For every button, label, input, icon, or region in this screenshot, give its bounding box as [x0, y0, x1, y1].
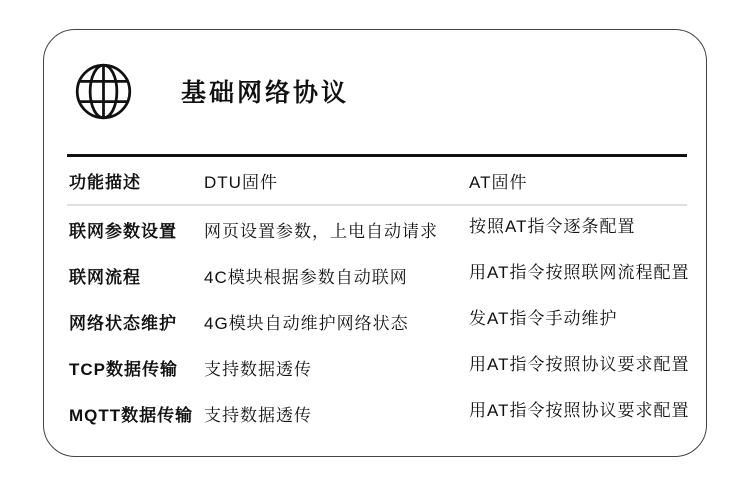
card-header: 基础网络协议 [74, 61, 349, 121]
table-row: 联网参数设置 网页设置参数，上电自动请求 按照AT指令逐条配置 [67, 206, 687, 252]
table-row: TCP数据传输 支持数据透传 用AT指令按照协议要求配置 [67, 344, 687, 390]
page-background: 基础网络协议 功能描述 DTU固件 AT固件 联网参数设置 网页设置参数，上电自… [0, 0, 750, 490]
at-cell: 用AT指令按照联网流程配置 [469, 258, 689, 283]
feature-cell: MQTT数据传输 [67, 401, 204, 426]
table-row: 网络状态维护 4G模块自动维护网络状态 发AT指令手动维护 [67, 298, 687, 344]
feature-cell: TCP数据传输 [67, 355, 204, 380]
dtu-cell: 支持数据透传 [204, 401, 469, 426]
feature-cell: 联网参数设置 [67, 217, 204, 242]
at-cell: 用AT指令按照协议要求配置 [469, 396, 689, 421]
dtu-cell: 网页设置参数，上电自动请求 [204, 217, 469, 242]
column-header-at: AT固件 [469, 168, 687, 193]
at-cell: 用AT指令按照协议要求配置 [469, 350, 689, 375]
globe-icon [74, 62, 133, 121]
table-row: MQTT数据传输 支持数据透传 用AT指令按照协议要求配置 [67, 390, 687, 436]
page-title: 基础网络协议 [181, 73, 349, 109]
column-header-feature: 功能描述 [67, 168, 204, 193]
at-cell: 发AT指令手动维护 [469, 304, 687, 329]
comparison-table: 功能描述 DTU固件 AT固件 联网参数设置 网页设置参数，上电自动请求 按照A… [67, 154, 687, 436]
table-header-row: 功能描述 DTU固件 AT固件 [67, 157, 687, 204]
table-row: 联网流程 4C模块根据参数自动联网 用AT指令按照联网流程配置 [67, 252, 687, 298]
feature-cell: 网络状态维护 [67, 309, 204, 334]
dtu-cell: 4G模块自动维护网络状态 [204, 309, 469, 334]
feature-cell: 联网流程 [67, 263, 204, 288]
dtu-cell: 支持数据透传 [204, 355, 469, 380]
dtu-cell: 4C模块根据参数自动联网 [204, 263, 469, 288]
at-cell: 按照AT指令逐条配置 [469, 212, 687, 237]
column-header-dtu: DTU固件 [204, 168, 469, 193]
protocol-card: 基础网络协议 功能描述 DTU固件 AT固件 联网参数设置 网页设置参数，上电自… [43, 29, 707, 457]
